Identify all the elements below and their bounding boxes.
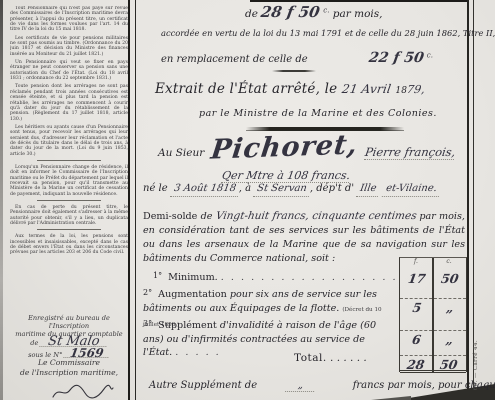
amount-row-augmentation: 5 „	[400, 299, 466, 331]
scan-edge-top	[250, 0, 468, 2]
margin-note: Un Pensionnaire qui veut se fixer en pay…	[10, 60, 128, 81]
registration-block: Enregistré au bureau de l'Inscription ma…	[8, 314, 130, 359]
registration-number-handwritten: 1569	[64, 349, 111, 358]
bottom-shadow	[371, 395, 411, 400]
monthly-rate-line: de 28 f 50 c. par mois,	[245, 3, 382, 21]
centimes-value: „	[430, 331, 468, 355]
demi-solde-de: de	[201, 211, 213, 222]
other-supplement-line: Autre Supplément de „ francs par mois, p…	[149, 380, 463, 392]
extrait-prefix: Extrait de l'État arrêté, le	[155, 81, 337, 97]
dot-leader: . . . . . .	[330, 352, 367, 364]
amount-table-header: f. c.	[400, 258, 466, 270]
signature-flourish	[52, 384, 114, 399]
centimes-value: 50	[430, 270, 468, 298]
supplement-value-handwritten: „	[285, 380, 316, 392]
dot-leader: . . . . . . . . . . . . . . . . . . . . …	[221, 272, 395, 283]
note-separator	[37, 200, 101, 201]
supplement-prefix: Autre Supplément de	[149, 380, 257, 391]
margin-note: Tout Pensionnaire qui n'est pas payé sur…	[10, 6, 128, 33]
grantee-line: Au Sieur Pichoret, Pierre françois,	[158, 132, 455, 163]
margin-note: Les héritiers ou ayants cause d'un Pensi…	[10, 125, 128, 157]
francs-value: 5	[398, 299, 435, 330]
rate-suffix: par mois,	[333, 8, 383, 20]
supplement-suffix: francs par mois, pour chaque	[353, 380, 495, 391]
centimes-mark: c.	[427, 52, 433, 60]
item-minimum: 1° Minimum. . . . . . . . . . . . . . . …	[153, 269, 395, 285]
commissaire-title: Le Commissaire	[8, 358, 130, 368]
note-separator	[37, 160, 101, 161]
demi-solde-lead: Demi-solde	[143, 211, 197, 222]
replacement-line: en remplacement de celle de 22 f 50 c.	[161, 50, 433, 66]
minister-line: par le Ministre de la Marine et des Colo…	[199, 108, 437, 119]
birth-line: né le 3 Août 1818, à St Servan, dép't d'…	[143, 182, 465, 197]
margin-note: Toute pension dont les arrérages ne sont…	[10, 84, 128, 121]
extrait-line: Extrait de l'État arrêté, le 21 Avril 18…	[155, 81, 425, 97]
centimes-column-header: c.	[432, 258, 466, 270]
extrait-year-handwritten: 79,	[406, 83, 426, 96]
margin-legal-notes: Tout Pensionnaire qui n'est pas payé sur…	[10, 6, 128, 314]
rate-prefix: de	[245, 8, 258, 20]
margin-note: Aux termes de la loi, les pensions sont …	[10, 234, 128, 255]
centimes-value: „	[430, 299, 469, 330]
centimes-value: 50	[431, 356, 467, 370]
note-separator	[37, 229, 101, 230]
centimes-mark: c.	[323, 7, 329, 15]
birth-dept-cont-handwritten: et-Vilaine.	[382, 182, 441, 197]
rank-handwritten: Qer Mtre à 108 francs.	[221, 169, 351, 183]
item-number: 2°	[143, 288, 152, 297]
birth-dept-label: , dép't d'	[310, 183, 354, 194]
item-label: Supplément	[158, 320, 217, 331]
margin-note: En cas de perte du présent titre, le Pen…	[10, 205, 128, 226]
francs-value: 6	[398, 331, 434, 355]
amount-row-minimum: 17 50	[400, 270, 466, 299]
registration-line: Enregistré au bureau de l'Inscription	[8, 314, 130, 330]
item-label: Minimum.	[168, 272, 218, 283]
birth-dept-handwritten: Ille	[356, 182, 381, 197]
scan-edge-left	[0, 0, 3, 400]
birth-date-handwritten: 3 Août 1818	[170, 182, 240, 197]
birth-sep: , à	[239, 183, 251, 194]
birth-prefix: né le	[143, 183, 168, 194]
pension-document-scan: 68. — Carré 44. Tout Pensionnaire qui n'…	[0, 0, 495, 400]
item-number: 1°	[153, 271, 162, 280]
law-reference-line: accordée en vertu de la loi du 13 mai 17…	[161, 29, 461, 39]
francs-column-header: f.	[400, 258, 432, 270]
decorative-rule	[272, 70, 316, 72]
replacement-amount-handwritten: 22 f 50	[368, 50, 425, 66]
birth-place-handwritten: St Servan	[253, 182, 311, 197]
margin-note: Lorsqu'un Pensionnaire change de résiden…	[10, 165, 128, 197]
commissaire-block: Le Commissaire de l'Inscription maritime…	[8, 358, 130, 378]
total-line: Total. . . . . . .	[294, 352, 367, 364]
francs-value: 28	[399, 356, 433, 370]
registration-de-label: de	[30, 339, 38, 347]
amount-row-total: 28 50	[400, 356, 466, 373]
margin-note: Les certificats de vie pour pensions mil…	[10, 36, 128, 57]
amount-words-handwritten: Vingt-huit francs, cinquante centimes	[215, 209, 418, 223]
extrait-date-handwritten: 21 Avril	[341, 82, 392, 96]
commissaire-subtitle: de l'Inscription maritime,	[8, 368, 130, 378]
amount-row-supplement: 6 „	[400, 331, 466, 356]
grantee-firstnames-handwritten: Pierre françois,	[364, 145, 457, 160]
total-label: Total.	[294, 352, 327, 364]
amount-table: f. c. 17 50 5 „ 6 „ 28 50	[399, 257, 467, 372]
grantee-surname-handwritten: Pichoret,	[209, 129, 360, 165]
replacement-prefix: en remplacement de celle de	[161, 54, 308, 65]
item-number: 3°	[143, 319, 152, 328]
dot-leader: . . . . .	[175, 347, 220, 358]
item-label: Augmentation	[158, 289, 227, 300]
grantee-prefix: Au Sieur	[158, 147, 204, 159]
rate-amount-handwritten: 28 f 50	[260, 3, 322, 21]
rank-line: Qer Mtre à 108 francs.	[222, 169, 350, 183]
francs-value: 17	[398, 270, 434, 298]
